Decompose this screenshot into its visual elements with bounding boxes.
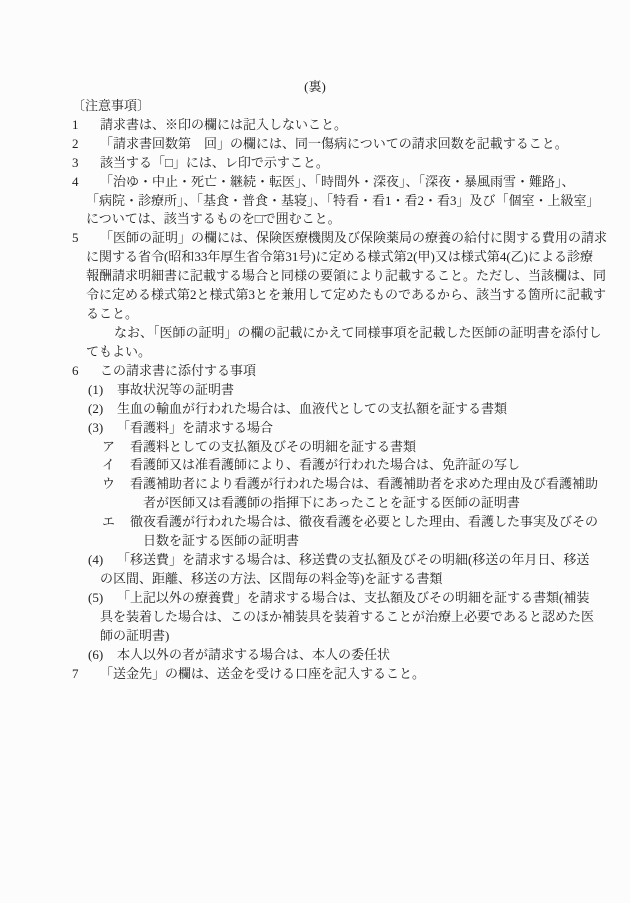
- note-line-1: 1請求書は、※印の欄には記入しないこと。: [0, 116, 630, 135]
- subitem-4: (4)「移送費」を請求する場合は、移送費の支払額及びその明細(移送の年月日、移送: [0, 551, 630, 570]
- note-text: 本人以外の者が請求する場合は、本人の委任状: [117, 647, 390, 662]
- subitem-number: (3): [88, 419, 117, 438]
- subitem-3: (3)「看護料」を請求する場合: [0, 419, 630, 438]
- note-text: この請求書に添付する事項: [100, 363, 256, 378]
- note-text: 日数を証する医師の証明書: [143, 533, 299, 548]
- note-line-5-cont: 令に定める様式第2と様式第3とを兼用して定めたものであるから、該当する箇所に記載…: [0, 286, 630, 305]
- note-line-4-cont: 「病院・診療所」、「基食・普食・基寝」、「特看・看1・看2・看3」及び「個室・上…: [0, 192, 630, 211]
- kana-marker: ア: [102, 438, 130, 457]
- note-text: 者が医師又は看護師の指揮下にあったことを証する医師の証明書: [143, 495, 520, 510]
- note-text: 請求書は、※印の欄には記入しないこと。: [100, 117, 347, 132]
- subitem-number: (6): [88, 646, 117, 665]
- note-text: ること。: [86, 306, 138, 321]
- note-text: てもよい。: [86, 344, 151, 359]
- note-number: 4: [72, 173, 100, 192]
- note-text: 報酬請求明細書に記載する場合と同様の要領により記載すること。ただし、当該欄は、同: [86, 268, 606, 283]
- kana-marker: イ: [102, 456, 130, 475]
- subitem-3-e-cont: 日数を証する医師の証明書: [0, 532, 630, 551]
- note-text: 生血の輸血が行われた場合は、血液代としての支払額を証する書類: [117, 401, 507, 416]
- note-text: 看護料としての支払額及びその明細を証する書類: [130, 439, 416, 454]
- note-text: なお、「医師の証明」の欄の記載にかえて同様事項を記載した医師の証明書を添付し: [114, 325, 602, 340]
- note-line-5-nao: なお、「医師の証明」の欄の記載にかえて同様事項を記載した医師の証明書を添付し: [0, 324, 630, 343]
- note-text: 該当する「□」には、レ印で示すこと。: [100, 155, 329, 170]
- note-line-6: 6この請求書に添付する事項: [0, 362, 630, 381]
- subitem-number: (2): [88, 400, 117, 419]
- subitem-3-u-cont: 者が医師又は看護師の指揮下にあったことを証する医師の証明書: [0, 494, 630, 513]
- note-number: 5: [72, 229, 100, 248]
- subitem-5: (5)「上記以外の療養費」を請求する場合は、支払額及びその明細を証する書類(補装: [0, 589, 630, 608]
- note-text: 看護補助者により看護が行われた場合は、看護補助者を求めた理由及び看護補助: [130, 476, 598, 491]
- note-line-5-cont: に関する省令(昭和33年厚生省令第31号)に定める様式第2(甲)又は様式第4(乙…: [0, 248, 630, 267]
- note-text: 「送金先」の欄は、送金を受ける口座を記入すること。: [100, 666, 425, 681]
- note-text: 令に定める様式第2と様式第3とを兼用して定めたものであるから、該当する箇所に記載…: [86, 287, 606, 302]
- note-text: については、該当するものを□で囲むこと。: [86, 211, 341, 226]
- subitem-3-e: エ徹夜看護が行われた場合は、徹夜看護を必要とした理由、看護した事実及びその: [0, 513, 630, 532]
- note-text: 「移送費」を請求する場合は、移送費の支払額及びその明細(移送の年月日、移送: [117, 552, 589, 567]
- subitem-5-cont: 具を装着した場合は、このほか補装具を装着することが治療上必要であると認めた医: [0, 608, 630, 627]
- note-text: 師の証明書): [100, 628, 169, 643]
- note-number: 1: [72, 116, 100, 135]
- subitem-3-i: イ看護師又は准看護師により、看護が行われた場合は、免許証の写し: [0, 456, 630, 475]
- note-text: 「上記以外の療養費」を請求する場合は、支払額及びその明細を証する書類(補装: [117, 590, 589, 605]
- note-line-4: 4「治ゆ・中止・死亡・継続・転医」、「時間外・深夜」、「深夜・暴風雨雪・難路」、: [0, 173, 630, 192]
- note-text: 「治ゆ・中止・死亡・継続・転医」、「時間外・深夜」、「深夜・暴風雨雪・難路」、: [100, 174, 575, 189]
- note-number: 7: [72, 665, 100, 684]
- subitem-5-cont: 師の証明書): [0, 627, 630, 646]
- subitem-number: (5): [88, 589, 117, 608]
- section-title: 〔注意事項〕: [0, 97, 630, 116]
- subitem-6: (6)本人以外の者が請求する場合は、本人の委任状: [0, 646, 630, 665]
- subitem-4-cont: の区間、距離、移送の方法、区間毎の料金等)を証する書類: [0, 570, 630, 589]
- subitem-2: (2)生血の輸血が行われた場合は、血液代としての支払額を証する書類: [0, 400, 630, 419]
- note-text: の区間、距離、移送の方法、区間毎の料金等)を証する書類: [100, 571, 442, 586]
- note-line-3: 3該当する「□」には、レ印で示すこと。: [0, 154, 630, 173]
- subitem-3-u: ウ看護補助者により看護が行われた場合は、看護補助者を求めた理由及び看護補助: [0, 475, 630, 494]
- note-line-5-cont: てもよい。: [0, 343, 630, 362]
- note-text: に関する省令(昭和33年厚生省令第31号)に定める様式第2(甲)又は様式第4(乙…: [86, 249, 593, 264]
- kana-marker: エ: [102, 513, 130, 532]
- note-text: 「病院・診療所」、「基食・普食・基寝」、「特看・看1・看2・看3」及び「個室・上…: [86, 193, 600, 208]
- note-text: 徹夜看護が行われた場合は、徹夜看護を必要とした理由、看護した事実及びその: [130, 514, 598, 529]
- kana-marker: ウ: [102, 475, 130, 494]
- note-text: 「請求書回数第 回」の欄には、同一傷病についての請求回数を記載すること。: [100, 136, 568, 151]
- note-text: 看護師又は准看護師により、看護が行われた場合は、免許証の写し: [130, 457, 520, 472]
- subitem-3-a: ア看護料としての支払額及びその明細を証する書類: [0, 438, 630, 457]
- note-text: 具を装着した場合は、このほか補装具を装着することが治療上必要であると認めた医: [100, 609, 594, 624]
- note-number: 2: [72, 135, 100, 154]
- subitem-number: (1): [88, 381, 117, 400]
- note-text: 事故状況等の証明書: [117, 382, 234, 397]
- page-side-label: (裏): [0, 78, 630, 97]
- note-line-2: 2「請求書回数第 回」の欄には、同一傷病についての請求回数を記載すること。: [0, 135, 630, 154]
- subitem-number: (4): [88, 551, 117, 570]
- document-page: (裏) 〔注意事項〕 1請求書は、※印の欄には記入しないこと。 2「請求書回数第…: [0, 0, 630, 903]
- note-text: 「医師の証明」の欄には、保険医療機関及び保険薬局の療養の給付に関する費用の請求: [100, 230, 607, 245]
- subitem-1: (1)事故状況等の証明書: [0, 381, 630, 400]
- note-number: 3: [72, 154, 100, 173]
- note-line-5: 5「医師の証明」の欄には、保険医療機関及び保険薬局の療養の給付に関する費用の請求: [0, 229, 630, 248]
- note-line-7: 7「送金先」の欄は、送金を受ける口座を記入すること。: [0, 665, 630, 684]
- note-text: 「看護料」を請求する場合: [117, 420, 273, 435]
- note-line-5-cont: ること。: [0, 305, 630, 324]
- note-number: 6: [72, 362, 100, 381]
- note-line-4-cont: については、該当するものを□で囲むこと。: [0, 210, 630, 229]
- note-line-5-cont: 報酬請求明細書に記載する場合と同様の要領により記載すること。ただし、当該欄は、同: [0, 267, 630, 286]
